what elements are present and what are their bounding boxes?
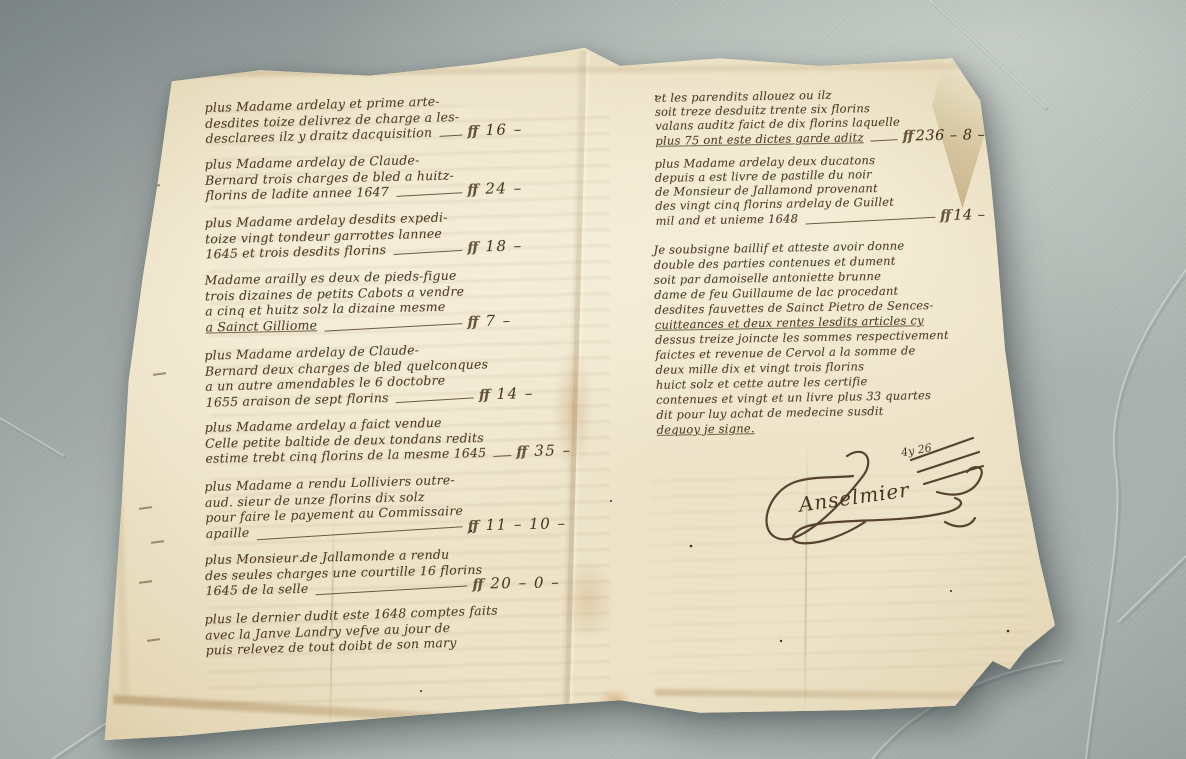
- ledger-entry: Madame arailly es deux de pieds-figue tr…: [204, 266, 565, 335]
- center-fold: [564, 51, 587, 723]
- florin-symbol: ff: [902, 128, 912, 144]
- edge-toning: [102, 155, 130, 695]
- ledger-entry: plus Madame ardelay desdits expedi- toiz…: [204, 207, 565, 263]
- ledger-entry: plus Monsieur de Jallamonde a rendu des …: [205, 543, 566, 598]
- ledger-entry: plus Madame ardelay a faict vendue Celle…: [205, 412, 566, 467]
- entry-line: plus 75 ont este dictes garde aditz: [655, 130, 863, 148]
- margin-tick: [139, 506, 152, 510]
- edge-toning: [165, 63, 985, 78]
- edge-stain: [593, 685, 637, 713]
- florin-symbol: ff: [467, 182, 477, 198]
- entry-amount: 236 – 8 –: [912, 127, 985, 144]
- entry-amount: 16 –: [477, 119, 565, 139]
- manuscript-photo: plus Madame ardelay et prime arte- desdi…: [0, 0, 1186, 759]
- account-paragraph: plus Madame ardelay deux ducatons depuis…: [654, 151, 985, 229]
- entry-line: apaille: [205, 524, 249, 541]
- manuscript: plus Madame ardelay et prime arte- desdi…: [95, 45, 1055, 745]
- flourish-rule: [493, 455, 511, 457]
- signature-marks: 4y 26: [899, 441, 932, 459]
- entry-amount: 18 –: [477, 236, 565, 256]
- attestation-paragraph: Je soubsigne baillif et atteste avoir do…: [653, 237, 986, 438]
- entry-line: florins de ladite annee 1647: [205, 184, 389, 203]
- entry-line: 1645 de la selle: [205, 580, 308, 598]
- ledger-entry: plus Madame ardelay de Claude- Bernard t…: [205, 149, 566, 204]
- florin-symbol: ff: [467, 518, 477, 534]
- ink-specks: [95, 45, 97, 47]
- ledger-entry: plus Madame ardelay et prime arte- desdi…: [204, 90, 565, 147]
- entry-amount: 11 – 10 –: [477, 514, 566, 534]
- florin-symbol: ff: [472, 576, 482, 592]
- flourish-rule: [439, 134, 462, 136]
- paper-sheet: plus Madame ardelay et prime arte- desdi…: [95, 45, 1055, 745]
- margin-tick: [139, 580, 152, 584]
- ledger-entry: plus le dernier dudit este 1648 comptes …: [204, 600, 565, 658]
- entry-amount: 14 –: [489, 383, 566, 402]
- entry-amount: 7 –: [477, 310, 565, 329]
- entry-amount: 35 –: [526, 441, 572, 460]
- right-page: et les parendits allouez ou ilz soit tre…: [655, 88, 985, 443]
- entry-amount: 14 –: [950, 207, 986, 224]
- margin-tick: [151, 540, 164, 544]
- margin-tick: [147, 638, 160, 642]
- ledger-entry: plus Madame ardelay de Claude- Bernard d…: [204, 338, 566, 410]
- florin-symbol: ff: [940, 208, 950, 224]
- margin-tick: [153, 372, 166, 376]
- entry-line: mil and et unieme 1648: [655, 211, 798, 227]
- signature: Anselmier 4y 26: [715, 426, 985, 576]
- flourish-rule: [257, 526, 463, 540]
- florin-symbol: ff: [516, 444, 526, 460]
- florin-symbol: ff: [467, 314, 477, 330]
- flourish-rule: [315, 585, 467, 595]
- entry-line: a Sainct Gilliome: [205, 317, 317, 335]
- florin-symbol: ff: [467, 123, 477, 139]
- flourish-rule: [396, 192, 462, 197]
- edge-toning: [655, 689, 1055, 700]
- flourish-rule: [805, 217, 935, 225]
- ledger-entry: plus Madame a rendu Lolliviers outre- au…: [204, 469, 566, 542]
- entry-amount: 24 –: [477, 179, 565, 198]
- flourish-rule: [393, 250, 462, 255]
- flourish-rule: [324, 323, 462, 331]
- florin-symbol: ff: [467, 240, 477, 256]
- flourish-rule: [396, 396, 474, 402]
- account-paragraph: et les parendits allouez ou ilz soit tre…: [655, 85, 986, 149]
- left-page: plus Madame ardelay et prime arte- desdi…: [205, 95, 565, 663]
- margin-tick: [147, 184, 160, 188]
- entry-line: 1645 et trois desdits florins: [205, 242, 386, 262]
- edge-toning: [113, 695, 553, 729]
- flourish-rule: [871, 139, 898, 141]
- entry-amount: 20 – 0 –: [482, 573, 565, 592]
- signature-name: Anselmier: [795, 477, 911, 517]
